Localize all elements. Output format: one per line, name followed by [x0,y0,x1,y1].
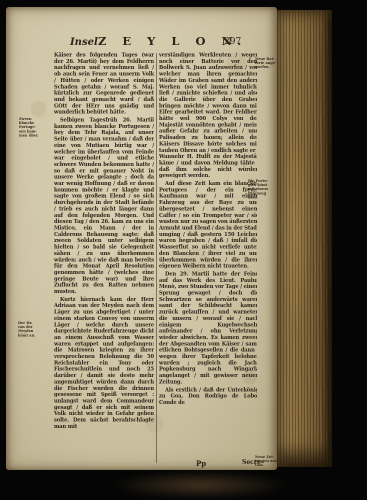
paragraph: Käiser des folgenden Tages (war der 26. … [54,52,154,116]
margin-note-left-b: Der Hr. van der Meyden kömt an. [18,321,48,354]
header-page-number: 297 [224,37,241,47]
text-column-right: verständigen Werkleuten / wegen noch ein… [159,52,257,466]
paragraph: Als erstlich / daß der Unterkönig zu Goa… [159,387,257,406]
paragraph: Selbigen Tagesfrüh 26. Martii kamen zwee… [54,117,154,295]
paragraph: verständigen Werkleuten / wegen noch ein… [159,52,257,179]
signature-mark: Pp [196,459,206,468]
margin-note-left-a: Zween blancke Portuge- sen kom- men über… [19,117,49,158]
margin-note-right-b: Ein Portu- gies kömt mit einem Fahrzeug … [248,179,276,220]
paragraph: Den 29. Martii hatte der Feind auf das W… [159,271,257,385]
book-page: Insel Z E Y L O N. 297 Käiser des folgen… [6,7,277,470]
paragraph: Kurtz hiernach kam der Herr Adriaan van … [54,296,154,429]
catchword: Secre- [242,459,263,466]
text-column-left: Käiser des folgenden Tages (war der 26. … [54,52,154,458]
column-divider [156,53,157,463]
header-section-title: Insel [70,37,98,48]
book-photo: Insel Z E Y L O N. 297 Käiser des folgen… [0,0,367,500]
book-fore-edge [277,10,332,467]
paragraph: Auf diese Zeit kam ein blancker Portugee… [159,181,257,270]
